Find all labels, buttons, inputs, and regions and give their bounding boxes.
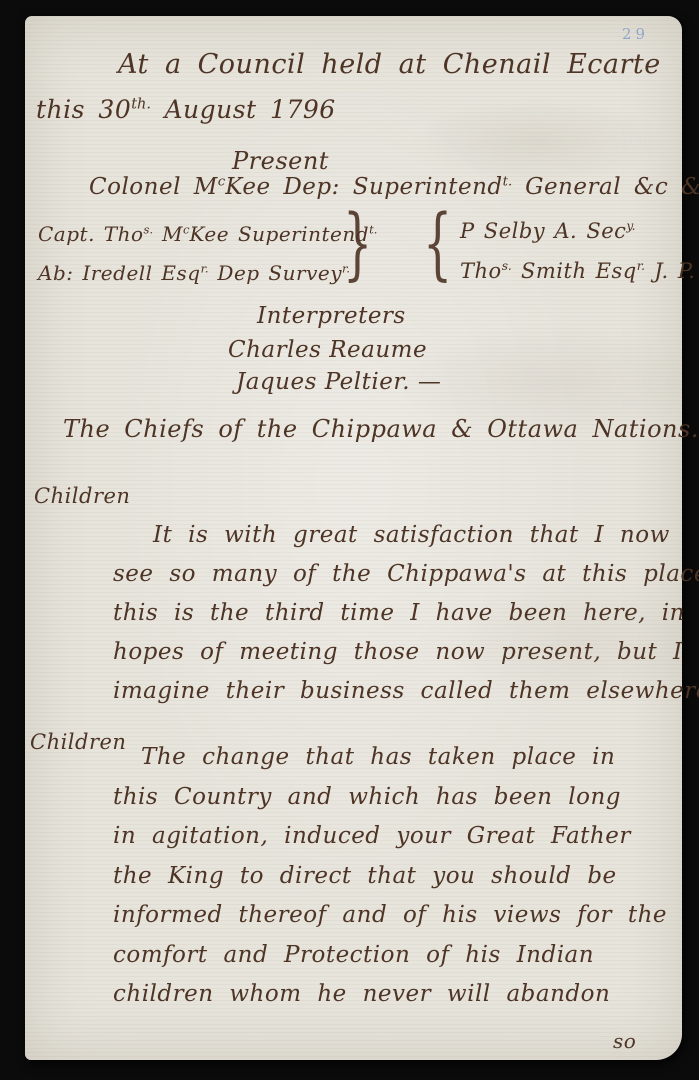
present-heading: Present <box>232 147 329 175</box>
margin-label-children-1: Children <box>34 484 130 508</box>
interpreters-heading: Interpreters <box>257 303 406 329</box>
speech-line: this Country and which has been long <box>113 778 667 818</box>
attendee-right-1: P Selby A. Secy. <box>460 219 636 243</box>
speech-paragraph-2: The change that has taken place in this … <box>113 738 667 1015</box>
speech-line: comfort and Protection of his Indian <box>113 936 667 976</box>
interpreter-name-1: Charles Reaume <box>228 337 427 363</box>
council-title-line: At a Council held at Chenail Ecarte <box>118 49 661 80</box>
speech-line: the King to direct that you should be <box>113 857 667 897</box>
speech-line: imagine their business called them elsew… <box>113 672 699 711</box>
speech-line: this is the third time I have been here,… <box>113 594 699 633</box>
speech-paragraph-1: It is with great satisfaction that I now… <box>113 516 699 711</box>
chiefs-attendance-line: The Chiefs of the Chippawa & Ottawa Nati… <box>63 415 699 443</box>
date-line: this 30th. August 1796 <box>36 95 336 124</box>
speech-line: children whom he never will abandon <box>113 975 667 1015</box>
speech-line: hopes of meeting those now present, but … <box>113 633 699 672</box>
catchword: so <box>613 1029 636 1053</box>
manuscript-page: 29 At a Council held at Chenail Ecarte t… <box>25 16 682 1060</box>
margin-label-children-2: Children <box>30 730 126 754</box>
speech-line: The change that has taken place in <box>113 738 667 778</box>
opening-brace-glyph: { <box>423 197 452 289</box>
speech-line: It is with great satisfaction that I now <box>113 516 699 555</box>
attendee-left-1: Capt. Thos. McKee Superintendt. <box>38 222 377 246</box>
speech-line: informed thereof and of his views for th… <box>113 896 667 936</box>
speech-line: in agitation, induced your Great Father <box>113 817 667 857</box>
folio-number: 29 <box>622 25 649 43</box>
interpreter-name-2: Jaques Peltier. — <box>236 369 441 395</box>
present-officials-line: Colonel McKee Dep: Superintendt. General… <box>89 174 699 200</box>
closing-brace-glyph: } <box>343 197 372 289</box>
attendee-left-2: Ab: Iredell Esqr. Dep Surveyr. <box>38 261 350 285</box>
manuscript-photograph: { "colors": { "ink": "#4d3425", "paper":… <box>0 0 699 1080</box>
speech-line: see so many of the Chippawa's at this pl… <box>113 555 699 594</box>
attendee-right-2: Thos. Smith Esqr. J. P. <box>460 259 695 283</box>
